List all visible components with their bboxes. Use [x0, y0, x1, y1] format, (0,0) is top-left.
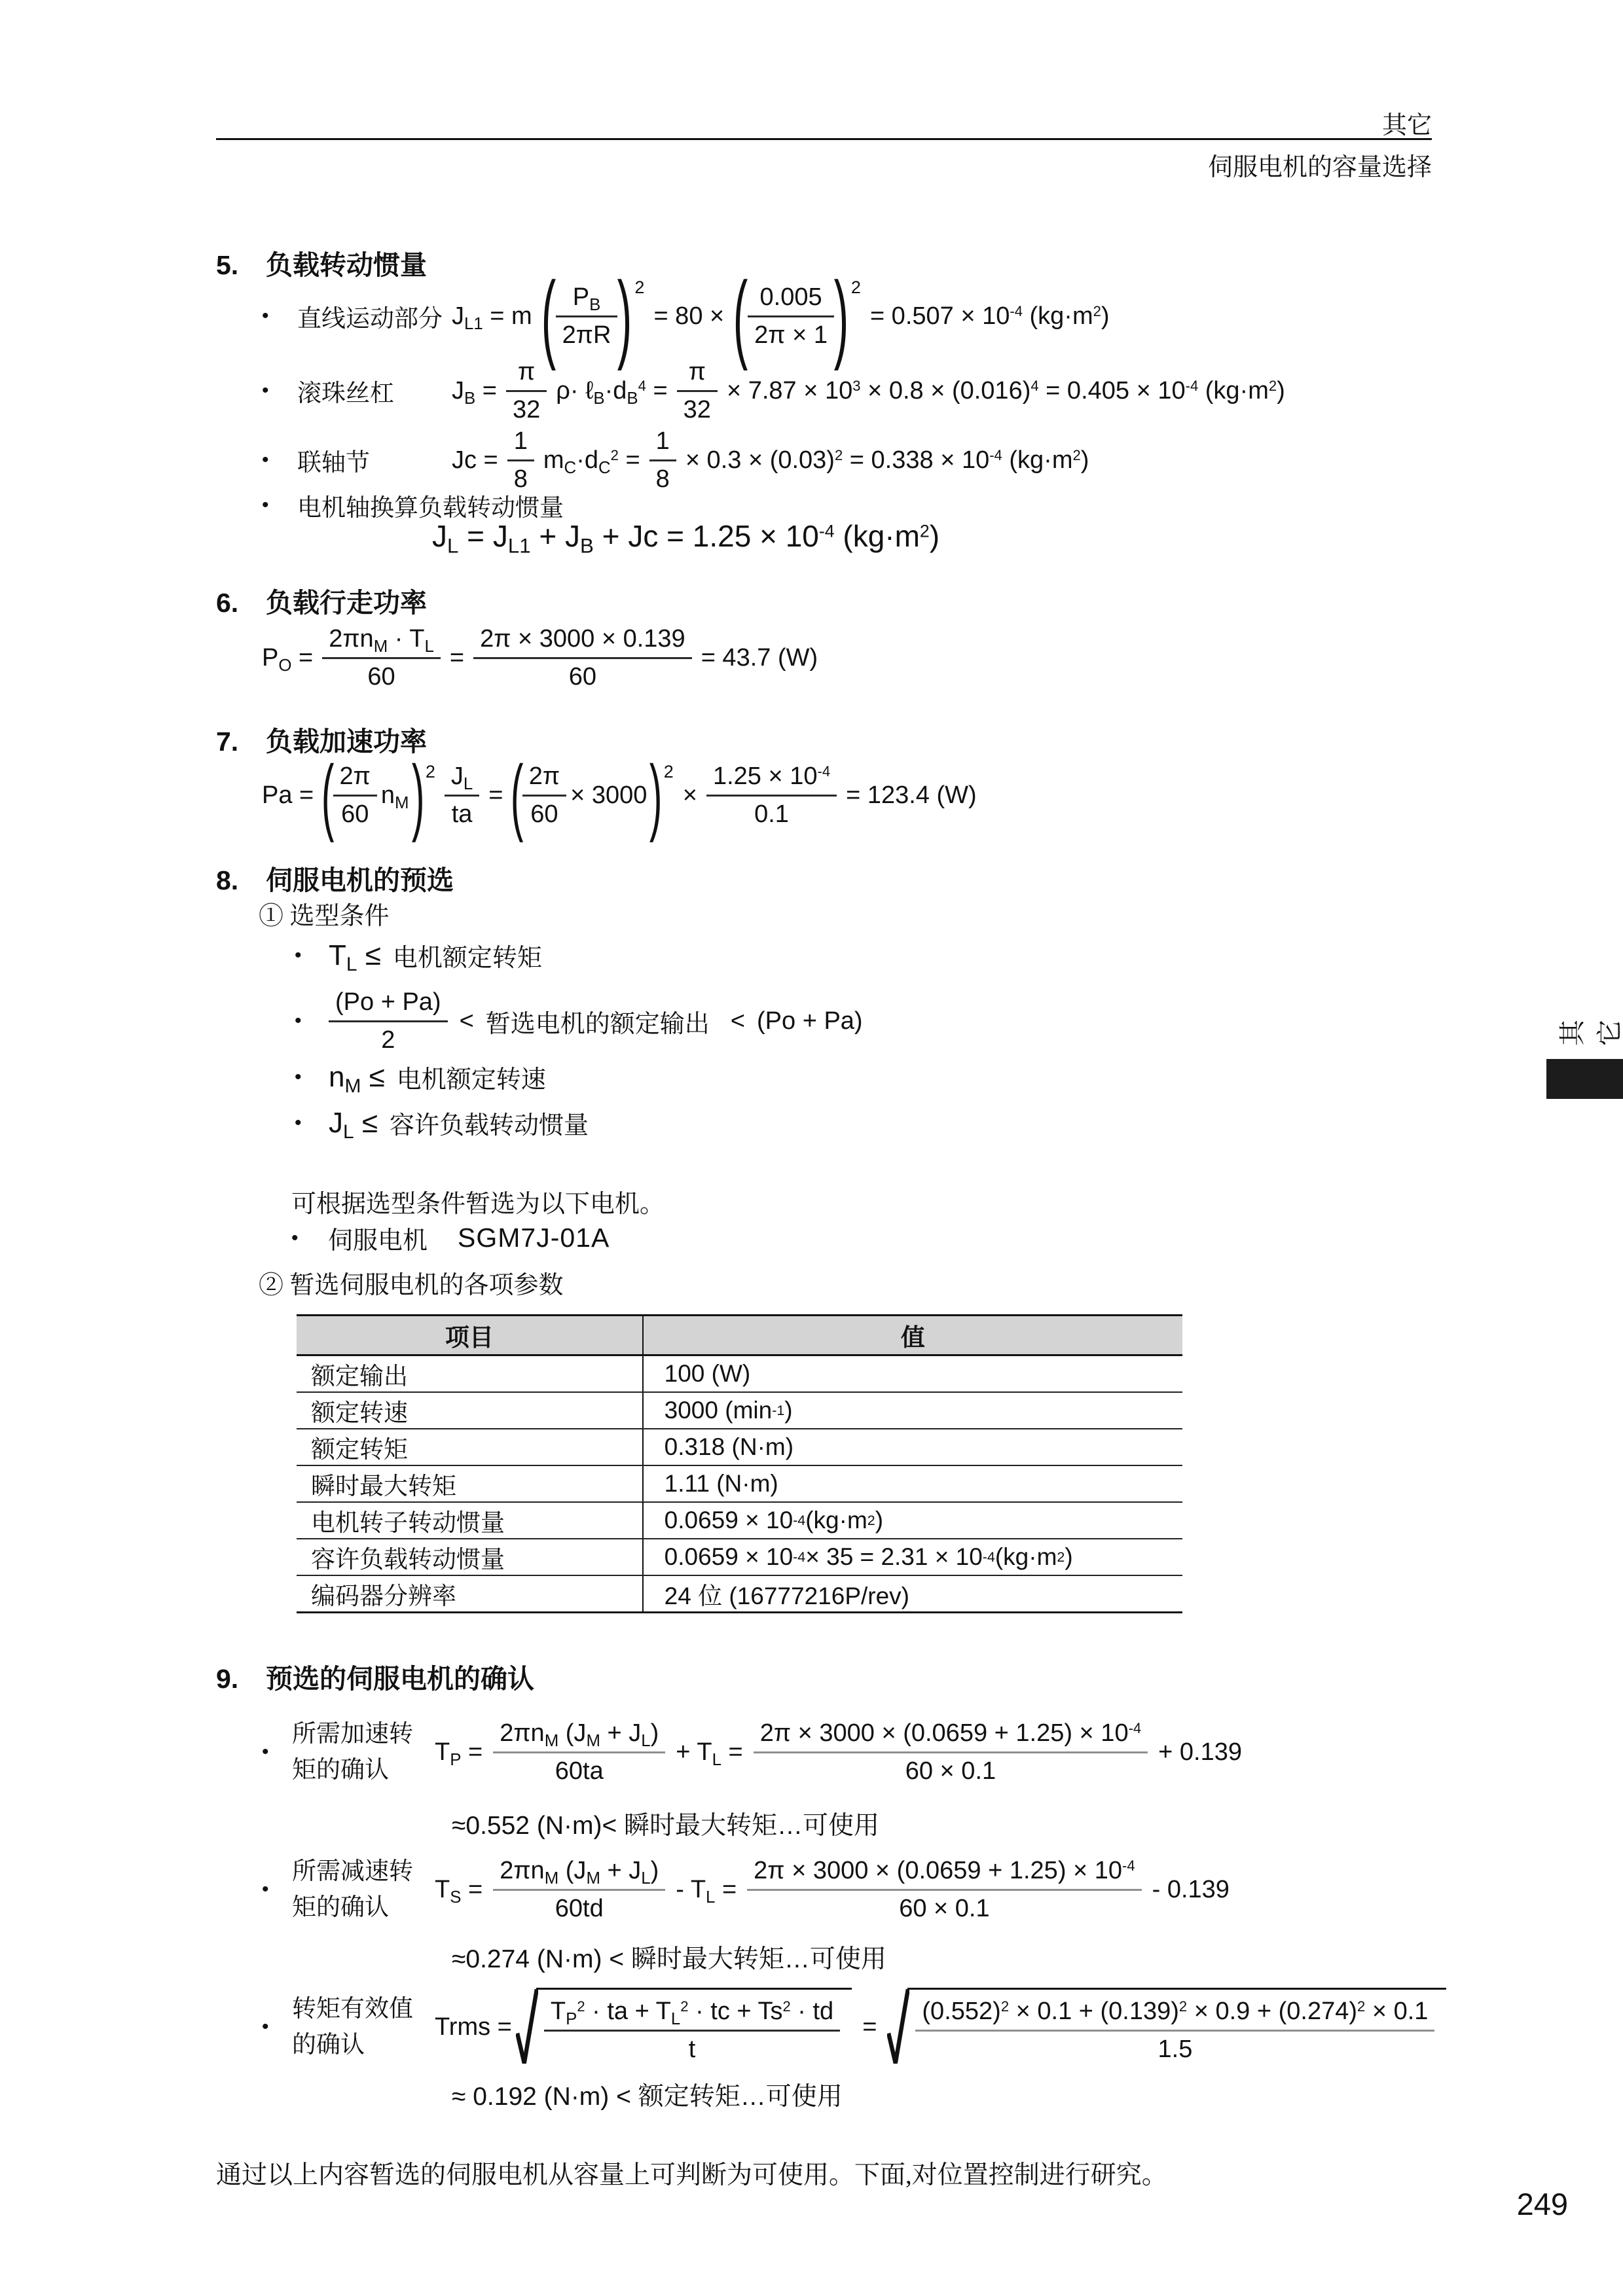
denominator: 2π × 1 [748, 317, 834, 351]
section-number: 7. [216, 726, 266, 757]
numerator: (0.552)2 × 0.1 + (0.139)2 × 0.9 + (0.274… [915, 1996, 1434, 2032]
denominator: 32 [506, 392, 547, 425]
denominator: 60 [333, 797, 377, 830]
math-segment: ρ· ℓB·dB4 = [556, 377, 667, 405]
formula-ball-screw: • 滚珠丝杠 JB = π32 ρ· ℓB·dB4 = π32 × 7.87 ×… [262, 355, 1285, 427]
condition-text: 暂选电机的额定输出 [486, 1003, 710, 1039]
big-paren: ( [511, 761, 523, 831]
param-value: 24 位 (16777216P/rev) [642, 1576, 1182, 1611]
denominator: 32 [677, 392, 718, 425]
condition-rated-output: • (Po + Pa)2 < 暂选电机的额定输出 < (Po + Pa) [295, 982, 863, 1060]
check-label-line2: 矩的确认 [292, 1890, 431, 1926]
bullet-icon: • [262, 380, 288, 402]
numerator: 2π [333, 761, 377, 797]
header-subtitle: 伺服电机的容量选择 [216, 147, 1432, 183]
denominator: 60 [322, 659, 441, 692]
check-label: 所需加速转矩的确认 [292, 1716, 431, 1789]
fraction: JLta [445, 761, 479, 830]
param-label: 容许负载转动惯量 [297, 1539, 642, 1575]
math-segment: nM ≤ [329, 1061, 385, 1094]
formula-label: 滚珠丝杠 [297, 373, 443, 408]
fraction: 2π60 [522, 761, 566, 830]
bullet-icon: • [262, 494, 288, 516]
denominator: t [544, 2032, 840, 2065]
param-value: 100 (W) [642, 1356, 1182, 1391]
motor-model: SGM7J-01A [458, 1223, 610, 1253]
numerator: 2πnM (JM + JL) [493, 1718, 665, 1753]
rms-torque-check: • 转矩有效值的确认 Trms = TP2 · ta + TL2 · tc + … [262, 1971, 1446, 2083]
condition-torque: • TL ≤ 电机额定转矩 [295, 937, 542, 973]
check-label-line1: 转矩有效值 [292, 1991, 431, 2028]
bullet-icon: • [295, 1010, 317, 1032]
closing-paragraph: 通过以上内容暂选的伺服电机从容量上可判断为可使用。下面,对位置控制进行研究。 [216, 2155, 1167, 2191]
param-value: 0.318 (N·m) [642, 1429, 1182, 1465]
page-number: 249 [1303, 2186, 1568, 2222]
paren-group: (0.0052π × 1)2 [733, 276, 861, 357]
math-segment: Jc = [452, 446, 498, 475]
selected-motor-row: • 伺服电机 SGM7J-01A [291, 1220, 610, 1256]
bullet-icon: • [262, 2016, 288, 2038]
exponent: 2 [851, 278, 861, 298]
paren-group: (PB2πR)2 [541, 276, 645, 357]
table-row: 瞬时最大转矩 1.11 (N·m) [297, 1466, 1182, 1503]
denominator: 2πR [556, 317, 618, 351]
formula-total-inertia: JL = JL1 + JB + Jc = 1.25 × 10-4 (kg·m2) [432, 518, 939, 554]
formula-accel-power: Pa = (2π60nM)2 JLta = (2π60× 3000)2 × 1.… [262, 749, 977, 841]
check-label-line2: 的确认 [292, 2027, 431, 2064]
math-segment: JB = [452, 377, 497, 405]
square-root: (0.552)2 × 0.1 + (0.139)2 × 0.9 + (0.274… [887, 1988, 1446, 2066]
numerator: TP2 · ta + TL2 · tc + Ts2 · td [544, 1996, 840, 2032]
big-paren: ( [321, 761, 334, 831]
section-number: 6. [216, 588, 266, 619]
fraction: PB2πR [556, 282, 618, 351]
math-segment: - TL = [676, 1876, 737, 1904]
section-title: 预选的伺服电机的确认 [266, 1664, 534, 1694]
check-label: 所需减速转矩的确认 [292, 1854, 431, 1926]
numerator: 2πnM (JM + JL) [493, 1856, 665, 1891]
motor-parameters-table: 项目 值 额定输出 100 (W) 额定转速 3000 (min-1) 额定转矩… [297, 1314, 1182, 1613]
math-segment: (Po + Pa) [757, 1007, 863, 1035]
math-segment: TS = [435, 1876, 483, 1904]
math-segment: JL1 = m [452, 302, 532, 331]
fraction: 0.0052π × 1 [748, 282, 834, 351]
decel-check-result: ≈0.274 (N·m) < 瞬时最大转矩…可使用 [452, 1939, 886, 1975]
section-title: 伺服电机的预选 [266, 865, 454, 895]
numerator: 2π [522, 761, 566, 797]
section-title: 负载行走功率 [266, 588, 427, 618]
fraction: (Po + Pa)2 [329, 987, 448, 1056]
math-segment: = [488, 781, 503, 810]
relation-sign: < [731, 1007, 745, 1035]
accel-check-result: ≈0.552 (N·m)< 瞬时最大转矩…可使用 [452, 1805, 879, 1842]
bullet-icon: • [295, 1066, 317, 1088]
denominator: 60td [493, 1891, 665, 1924]
check-label-line1: 所需减速转 [292, 1854, 431, 1890]
math-segment: = 0.507 × 10-4 (kg·m2) [870, 302, 1110, 331]
header-rule [216, 138, 1432, 140]
math-segment: PO = [262, 644, 313, 672]
big-paren: ) [649, 761, 662, 831]
math-segment: - 0.139 [1152, 1876, 1230, 1904]
big-paren: ( [541, 276, 555, 357]
numerator: 1 [649, 426, 676, 461]
formula-linear-motion: • 直线运动部分 JL1 = m (PB2πR)2 = 80 × (0.0052… [262, 267, 1110, 365]
radical-icon [887, 1988, 909, 2066]
condition-inertia: • JL ≤ 容许负载转动惯量 [295, 1105, 589, 1141]
big-paren: ) [834, 276, 848, 357]
denominator: 60 × 0.1 [747, 1891, 1141, 1924]
denominator: 0.1 [706, 797, 837, 830]
fraction: TP2 · ta + TL2 · tc + Ts2 · tdt [544, 1996, 840, 2065]
table-row: 电机转子转动惯量 0.0659 × 10-4 (kg·m2) [297, 1503, 1182, 1539]
math-segment: JL ≤ [329, 1107, 378, 1139]
fraction: 18 [507, 426, 534, 495]
condition-speed: • nM ≤ 电机额定转速 [295, 1059, 546, 1095]
section-8-heading: 8.伺服电机的预选 [216, 859, 454, 897]
formula-label: 电机轴换算负载转动惯量 [297, 488, 564, 523]
selection-conditions-heading: ① 选型条件 [259, 895, 390, 931]
bullet-icon: • [295, 1112, 317, 1134]
fraction: π32 [506, 357, 547, 425]
condition-text: 电机额定转速 [397, 1059, 546, 1095]
math-segment: = [862, 2013, 877, 2041]
column-header-item: 项目 [297, 1316, 642, 1354]
paren-group: (2π60nM)2 [323, 761, 435, 831]
accel-torque-check: • 所需加速转矩的确认 TP = 2πnM (JM + JL)60ta + TL… [262, 1703, 1242, 1801]
condition-text: 容许负载转动惯量 [390, 1105, 589, 1141]
bullet-icon: • [262, 1741, 288, 1763]
section-9-heading: 9.预选的伺服电机的确认 [216, 1657, 534, 1696]
denominator: 60 [473, 659, 692, 692]
table-row: 额定转矩 0.318 (N·m) [297, 1429, 1182, 1466]
fraction: π32 [677, 357, 718, 425]
exponent: 2 [664, 762, 674, 782]
big-paren: ) [411, 761, 424, 831]
fraction: 18 [649, 426, 676, 495]
exponent: 2 [634, 278, 644, 298]
fraction: 2π × 3000 × 0.13960 [473, 624, 692, 692]
section-number: 5. [216, 250, 266, 281]
math-segment: TL ≤ [329, 939, 381, 972]
math-segment: TP = [435, 1738, 483, 1767]
math-segment: = 123.4 (W) [846, 781, 977, 810]
side-tab-marker [1546, 1059, 1623, 1099]
math-segment: × 7.87 × 103 × 0.8 × (0.016)4 = 0.405 × … [727, 377, 1285, 405]
table-row: 编码器分辨率 24 位 (16777216P/rev) [297, 1576, 1182, 1611]
fraction: 2π × 3000 × (0.0659 + 1.25) × 10-460 × 0… [754, 1718, 1148, 1787]
math-segment: Pa = [262, 781, 314, 810]
denominator: 2 [329, 1022, 448, 1056]
radicand: (0.552)2 × 0.1 + (0.139)2 × 0.9 + (0.274… [907, 1988, 1446, 2066]
math-segment: Trms = [435, 2013, 512, 2041]
big-paren: ) [617, 276, 632, 357]
fraction: 2π60 [333, 761, 377, 830]
numerator: 1 [507, 426, 534, 461]
relation-sign: < [460, 1007, 474, 1035]
side-tab-label: 其它 [1563, 995, 1614, 1046]
math-segment: nM [381, 781, 409, 810]
fraction: 1.25 × 10-40.1 [706, 761, 837, 830]
param-label: 额定转矩 [297, 1429, 642, 1465]
fraction: 2πnM · TL60 [322, 624, 441, 692]
bullet-icon: • [295, 944, 317, 967]
formula-label: 直线运动部分 [297, 298, 443, 334]
exponent: 2 [426, 762, 435, 782]
numerator: 2πnM · TL [322, 624, 441, 659]
math-segment: + 0.139 [1158, 1738, 1242, 1767]
section-number: 8. [216, 865, 266, 896]
big-paren: ( [733, 276, 748, 357]
denominator: 1.5 [915, 2032, 1434, 2065]
header-kicker: 其它 [216, 105, 1432, 141]
param-label: 编码器分辨率 [297, 1576, 642, 1611]
check-label-line1: 所需加速转 [292, 1716, 431, 1753]
param-value: 1.11 (N·m) [642, 1466, 1182, 1501]
decel-torque-check: • 所需减速转矩的确认 TS = 2πnM (JM + JL)60td - TL… [262, 1840, 1230, 1939]
math-segment: mC·dC2 = [543, 446, 640, 475]
manual-page: 其它 伺服电机的容量选择 其它 5.负载转动惯量 • 直线运动部分 JL1 = … [0, 0, 1623, 2296]
math-segment: + TL = [676, 1738, 742, 1767]
param-value: 3000 (min-1) [642, 1393, 1182, 1428]
numerator: 0.005 [748, 282, 834, 317]
motor-label: 伺服电机 [328, 1220, 428, 1256]
formula-label: 联轴节 [297, 442, 443, 478]
math-segment: = 43.7 (W) [701, 644, 818, 672]
converted-inertia-label-row: • 电机轴换算负载转动惯量 [262, 488, 564, 523]
radicand: TP2 · ta + TL2 · tc + Ts2 · tdt [536, 1988, 852, 2066]
parameters-heading: ② 暂选伺服电机的各项参数 [259, 1265, 564, 1300]
numerator: 2π × 3000 × 0.139 [473, 624, 692, 659]
numerator: PB [556, 282, 618, 317]
numerator: 2π × 3000 × (0.0659 + 1.25) × 10-4 [754, 1718, 1148, 1753]
table-row: 额定转速 3000 (min-1) [297, 1393, 1182, 1429]
param-label: 电机转子转动惯量 [297, 1503, 642, 1538]
column-header-value: 值 [642, 1316, 1182, 1354]
square-root: TP2 · ta + TL2 · tc + Ts2 · tdt [516, 1988, 852, 2066]
bullet-icon: • [262, 449, 288, 471]
bullet-icon: • [262, 1878, 288, 1901]
math-segment: × 3000 [570, 781, 647, 810]
numerator: JL [445, 761, 479, 797]
check-label: 转矩有效值的确认 [292, 1991, 431, 2064]
paren-group: (2π60× 3000)2 [512, 761, 673, 831]
formula-running-power: PO = 2πnM · TL60 = 2π × 3000 × 0.13960 =… [262, 615, 818, 700]
param-value: 0.0659 × 10-4 (kg·m2) [642, 1503, 1182, 1538]
math-segment: × [683, 781, 697, 810]
denominator: 8 [649, 461, 676, 495]
fraction: (0.552)2 × 0.1 + (0.139)2 × 0.9 + (0.274… [915, 1996, 1434, 2065]
section-number: 9. [216, 1664, 266, 1695]
fraction: 2π × 3000 × (0.0659 + 1.25) × 10-460 × 0… [747, 1856, 1141, 1924]
param-label: 瞬时最大转矩 [297, 1466, 642, 1501]
radical-icon [516, 1988, 538, 2066]
formula-coupling: • 联轴节 Jc = 18 mC·dC2 = 18 × 0.3 × (0.03)… [262, 424, 1089, 496]
bullet-icon: • [291, 1227, 318, 1249]
denominator: 60 × 0.1 [754, 1753, 1148, 1787]
math-segment: = 80 × [653, 302, 724, 331]
selection-note: 可根据选型条件暂选为以下电机。 [291, 1183, 665, 1219]
param-label: 额定输出 [297, 1356, 642, 1391]
param-label: 额定转速 [297, 1393, 642, 1428]
math-segment: × 0.3 × (0.03)2 = 0.338 × 10-4 (kg·m2) [685, 446, 1089, 475]
table-body: 额定输出 100 (W) 额定转速 3000 (min-1) 额定转矩 0.31… [297, 1356, 1182, 1611]
table-header-row: 项目 值 [297, 1316, 1182, 1356]
table-row: 容许负载转动惯量 0.0659 × 10-4 × 35 = 2.31 × 10-… [297, 1539, 1182, 1576]
rms-check-result: ≈ 0.192 (N·m) < 额定转矩…可使用 [452, 2076, 843, 2113]
bullet-icon: • [262, 305, 288, 327]
param-value: 0.0659 × 10-4 × 35 = 2.31 × 10-4 (kg·m2) [642, 1539, 1182, 1575]
numerator: (Po + Pa) [329, 987, 448, 1022]
math-segment: = [450, 644, 464, 672]
numerator: 1.25 × 10-4 [706, 761, 837, 797]
fraction: 2πnM (JM + JL)60td [493, 1856, 665, 1924]
numerator: 2π × 3000 × (0.0659 + 1.25) × 10-4 [747, 1856, 1141, 1891]
denominator: ta [445, 797, 479, 830]
condition-text: 电机额定转矩 [393, 937, 542, 973]
denominator: 60 [522, 797, 566, 830]
section-6-heading: 6.负载行走功率 [216, 581, 427, 620]
table-row: 额定输出 100 (W) [297, 1356, 1182, 1393]
numerator: π [506, 357, 547, 392]
denominator: 60ta [493, 1753, 665, 1787]
fraction: 2πnM (JM + JL)60ta [493, 1718, 665, 1787]
check-label-line2: 矩的确认 [292, 1752, 431, 1789]
numerator: π [677, 357, 718, 392]
